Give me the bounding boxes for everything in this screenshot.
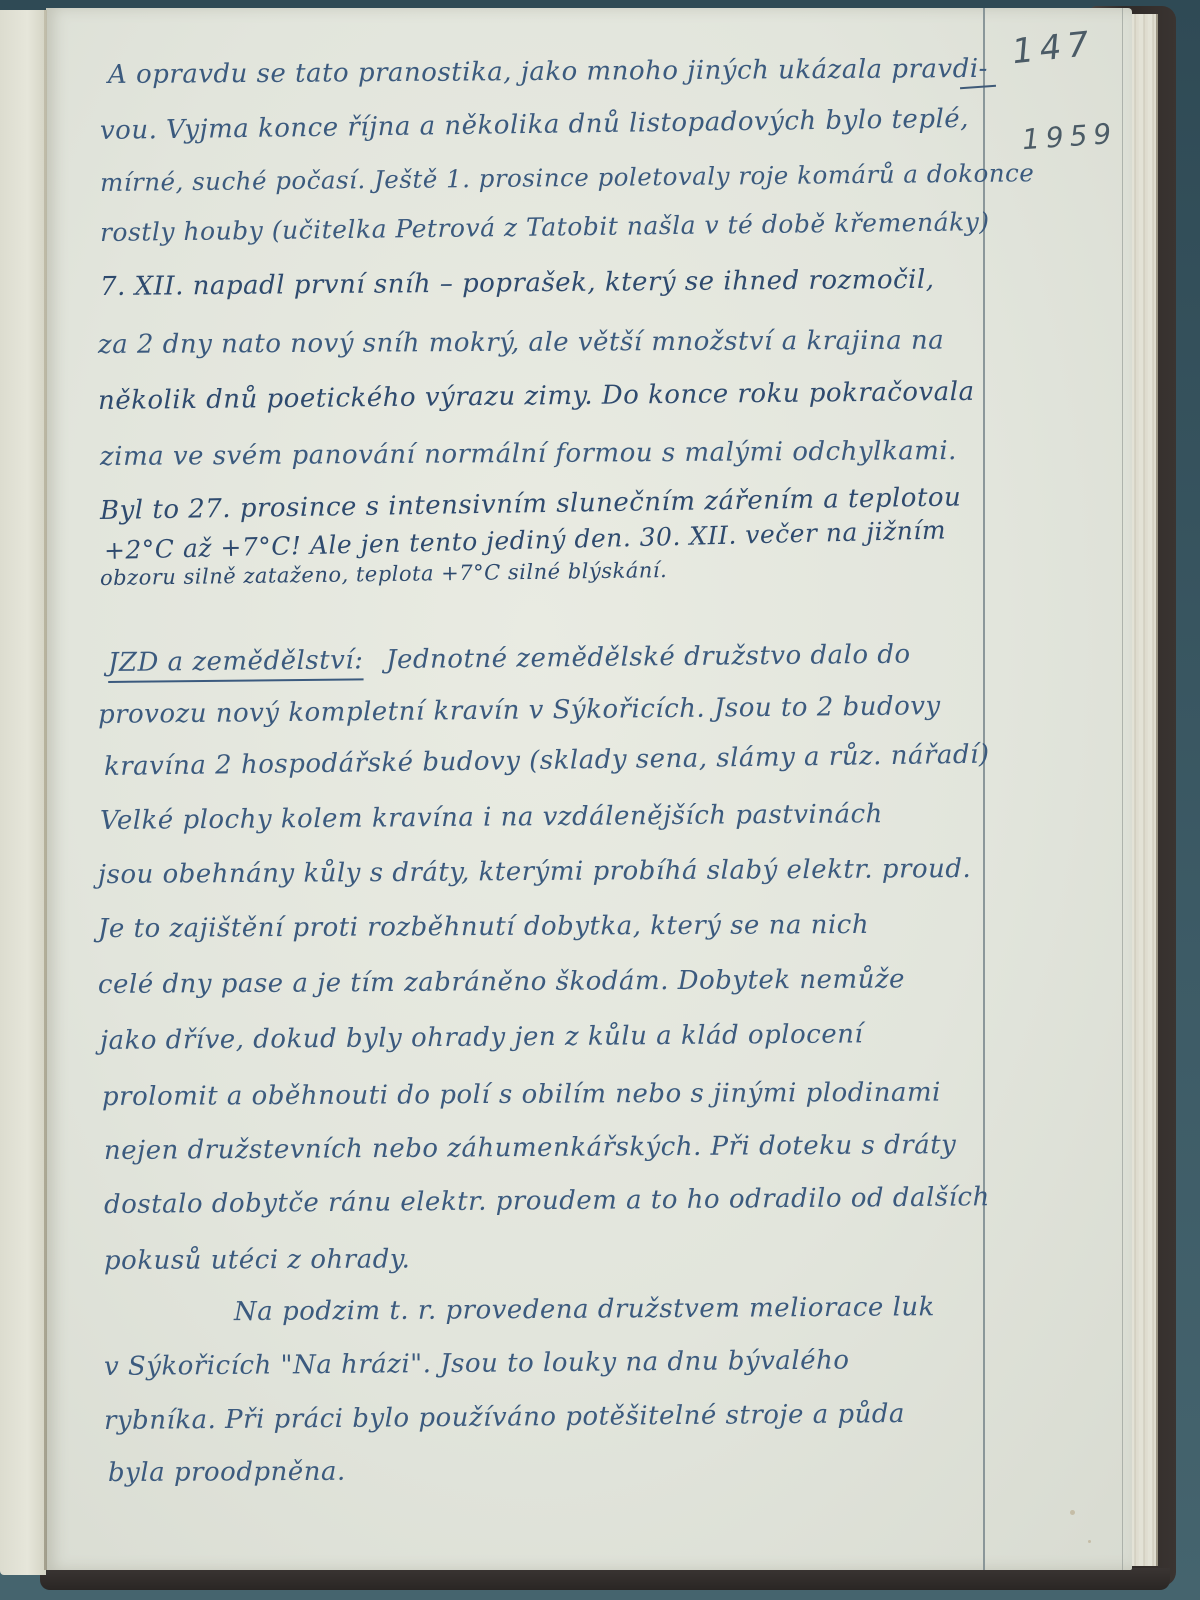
book-gutter [44, 10, 47, 1570]
handwritten-line: byla proodpněna. [108, 1457, 346, 1488]
handwritten-line: Je to zajištění proti rozběhnutí dobytka… [98, 910, 869, 944]
year-margin-note: 1959 [1021, 117, 1118, 157]
book-cover-bottom [40, 1568, 1170, 1590]
handwritten-line: celé dny pase a je tím zabráněno škodám.… [98, 964, 905, 1000]
handwritten-line: Na podzim t. r. provedena družstvem meli… [104, 1292, 935, 1328]
handwritten-line: za 2 dny nato nový sníh mokrý, ale větší… [98, 326, 944, 360]
handwritten-text: Jednotné zemědělské družstvo dalo do [386, 640, 911, 675]
page-stack-edges [1130, 14, 1158, 1566]
handwritten-line: nejen družstevních nebo záhumenkářských.… [104, 1130, 956, 1166]
paper-stain [1070, 1510, 1075, 1515]
margin-rule-line [983, 8, 985, 1570]
handwritten-line: zima ve svém panování normální formou s … [100, 436, 957, 472]
page-edge-rule [1122, 8, 1123, 1570]
left-page-edge [0, 10, 46, 1575]
handwritten-line: A opravdu se tato pranostika, jako mnoho… [108, 54, 988, 90]
handwritten-line: jsou obehnány kůly s dráty, kterými prob… [98, 854, 971, 890]
handwritten-line: pokusů utéci z ohrady. [104, 1244, 410, 1276]
section-heading-jzd: JZD a zemědělství: [108, 645, 364, 678]
paper-stain [1088, 1540, 1091, 1543]
handwritten-line: prolomit a oběhnouti do polí s obilím ne… [102, 1078, 941, 1112]
